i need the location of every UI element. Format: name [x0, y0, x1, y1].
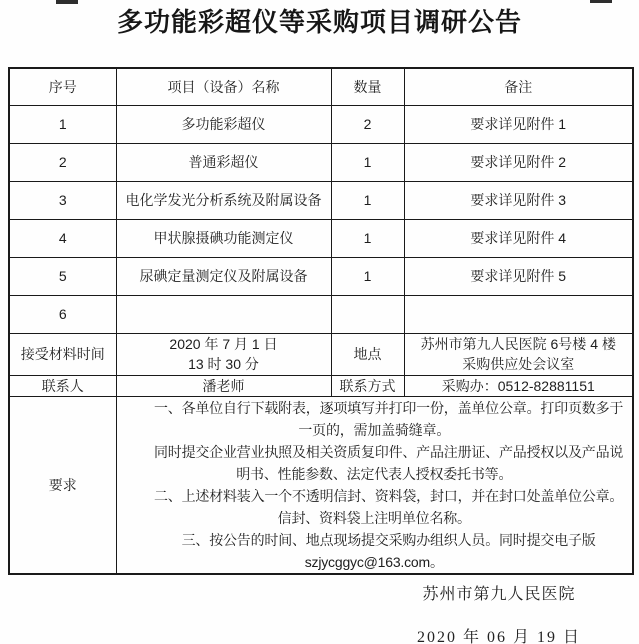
header-qty: 数量 [331, 68, 404, 105]
requirements-label: 要求 [9, 396, 116, 574]
requirement-paragraph: 一、各单位自行下载附表，逐项填写并打印一份，盖单位公章。打印页数多于一页的，需加… [119, 397, 631, 441]
contact-method-label: 联系方式 [331, 375, 404, 396]
cell-no: 5 [9, 257, 116, 295]
cell-qty: 2 [331, 105, 404, 143]
requirement-paragraph: 二、上述材料装入一个不透明信封、资料袋，封口，并在封口处盖单位公章。信封、资料袋… [119, 485, 631, 529]
location-line2: 采购供应处会议室 [407, 354, 631, 374]
contact-row: 联系人 潘老师 联系方式 采购办：0512-82881151 [9, 375, 633, 396]
cell-qty: 1 [331, 219, 404, 257]
document-page: 多功能彩超仪等采购项目调研公告 序号 项目（设备）名称 数量 备注 1 多功能彩… [0, 0, 639, 644]
cell-qty: 1 [331, 257, 404, 295]
cell-no: 4 [9, 219, 116, 257]
contact-label: 联系人 [9, 375, 116, 396]
cell-name [116, 295, 331, 333]
procurement-table: 序号 项目（设备）名称 数量 备注 1 多功能彩超仪 2 要求详见附件 1 2 … [8, 67, 634, 575]
table-header-row: 序号 项目（设备）名称 数量 备注 [9, 68, 633, 105]
table-row: 4 甲状腺摄碘功能测定仪 1 要求详见附件 4 [9, 219, 633, 257]
accept-time-label: 接受材料时间 [9, 333, 116, 375]
contact-value: 潘老师 [116, 375, 331, 396]
cell-note: 要求详见附件 1 [404, 105, 633, 143]
cell-name: 普通彩超仪 [116, 143, 331, 181]
cell-no: 3 [9, 181, 116, 219]
cell-no: 1 [9, 105, 116, 143]
cell-note: 要求详见附件 5 [404, 257, 633, 295]
cell-name: 尿碘定量测定仪及附属设备 [116, 257, 331, 295]
contact-method-value: 采购办：0512-82881151 [404, 375, 633, 396]
accept-time-row: 接受材料时间 2020 年 7 月 1 日 13 时 30 分 地点 苏州市第九… [9, 333, 633, 375]
signature-org: 苏州市第九人民医院 [417, 581, 581, 604]
cell-qty: 1 [331, 143, 404, 181]
requirements-content: 一、各单位自行下载附表，逐项填写并打印一份，盖单位公章。打印页数多于一页的，需加… [116, 396, 633, 574]
cell-name: 多功能彩超仪 [116, 105, 331, 143]
table-row: 2 普通彩超仪 1 要求详见附件 2 [9, 143, 633, 181]
cell-qty [331, 295, 404, 333]
location-value: 苏州市第九人民医院 6号楼 4 楼 采购供应处会议室 [404, 333, 633, 375]
header-note: 备注 [404, 68, 633, 105]
table-row: 1 多功能彩超仪 2 要求详见附件 1 [9, 105, 633, 143]
signature-block: 苏州市第九人民医院 2020 年 06 月 19 日 [417, 581, 581, 644]
requirement-paragraph: 三、按公告的时间、地点现场提交采购办组织人员。同时提交电子版 szjycggyc… [119, 529, 631, 573]
table-row: 6 [9, 295, 633, 333]
cell-no: 2 [9, 143, 116, 181]
cell-name: 甲状腺摄碘功能测定仪 [116, 219, 331, 257]
accept-time-line2: 13 时 30 分 [119, 354, 329, 374]
header-no: 序号 [9, 68, 116, 105]
requirement-paragraph: 同时提交企业营业执照及相关资质复印件、产品注册证、产品授权以及产品说明书、性能参… [119, 441, 631, 485]
cell-no: 6 [9, 295, 116, 333]
cell-note: 要求详见附件 3 [404, 181, 633, 219]
cell-note: 要求详见附件 4 [404, 219, 633, 257]
table-row: 3 电化学发光分析系统及附属设备 1 要求详见附件 3 [9, 181, 633, 219]
cell-note: 要求详见附件 2 [404, 143, 633, 181]
accept-time-value: 2020 年 7 月 1 日 13 时 30 分 [116, 333, 331, 375]
requirements-row: 要求 一、各单位自行下载附表，逐项填写并打印一份，盖单位公章。打印页数多于一页的… [9, 396, 633, 574]
location-line1: 苏州市第九人民医院 6号楼 4 楼 [407, 334, 631, 354]
cell-qty: 1 [331, 181, 404, 219]
cell-name: 电化学发光分析系统及附属设备 [116, 181, 331, 219]
location-label: 地点 [331, 333, 404, 375]
signature-date: 2020 年 06 月 19 日 [417, 624, 581, 644]
accept-time-line1: 2020 年 7 月 1 日 [119, 334, 329, 354]
cell-note [404, 295, 633, 333]
table-row: 5 尿碘定量测定仪及附属设备 1 要求详见附件 5 [9, 257, 633, 295]
page-title: 多功能彩超仪等采购项目调研公告 [0, 2, 639, 39]
header-name: 项目（设备）名称 [116, 68, 331, 105]
